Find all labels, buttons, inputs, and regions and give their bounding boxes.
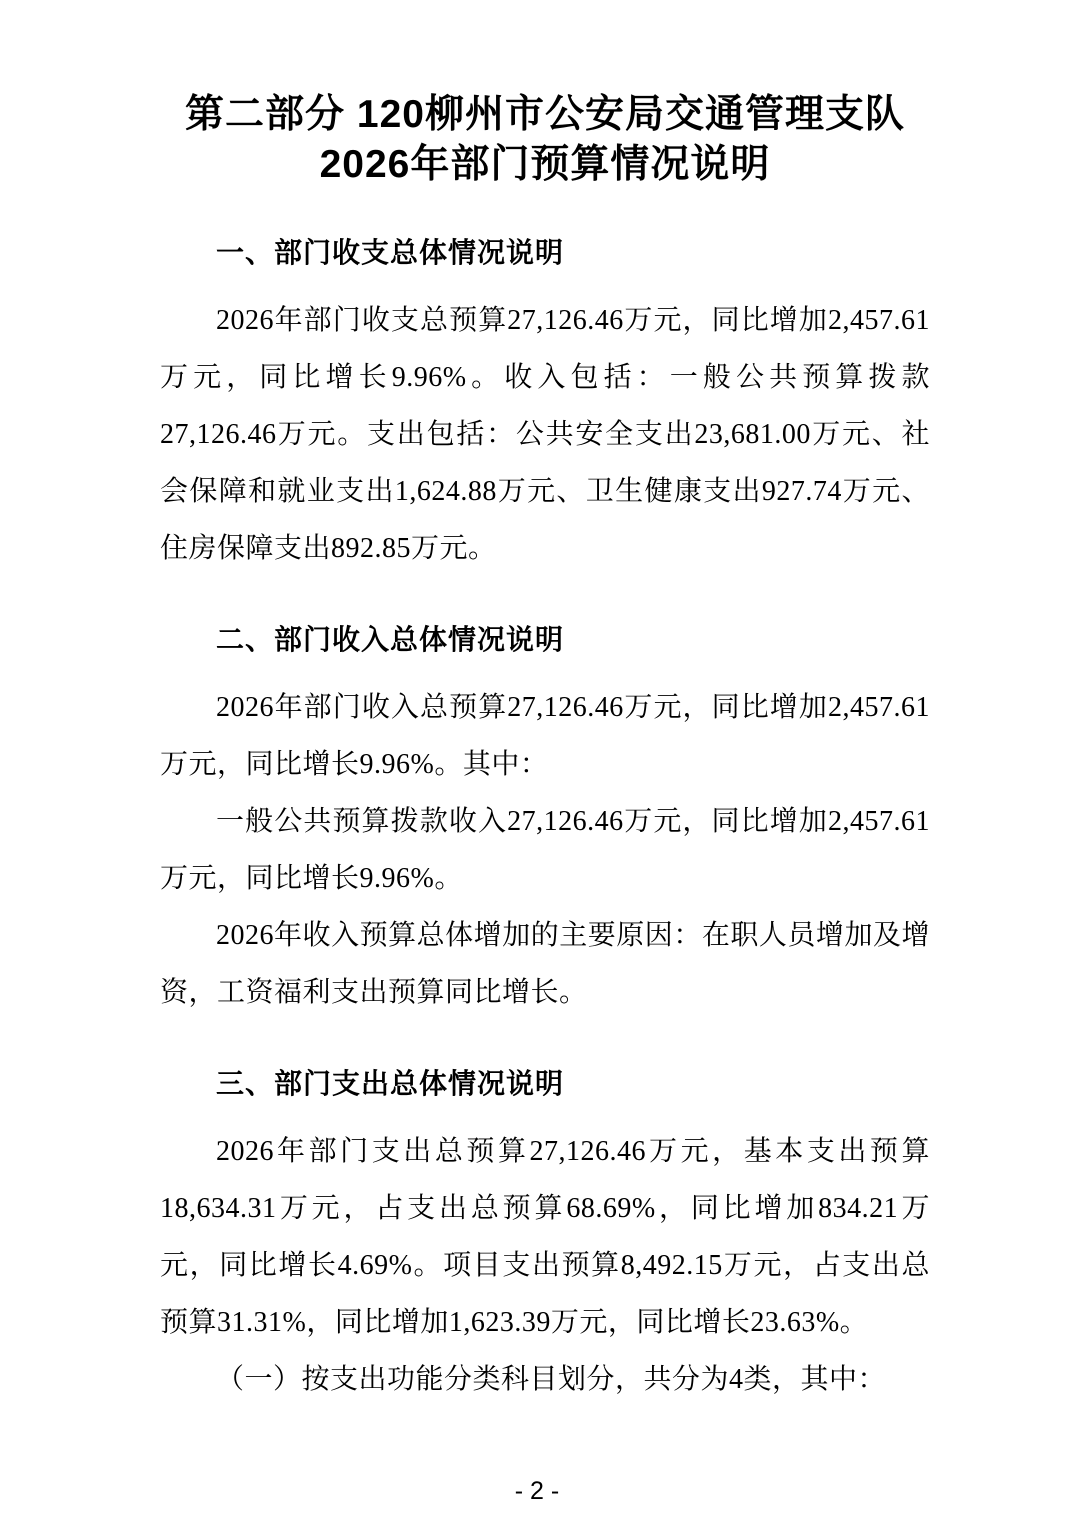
section-2-paragraph-3: 2026年收入预算总体增加的主要原因：在职人员增加及增资，工资福利支出预算同比增… — [160, 907, 930, 1021]
document-page: 第二部分 120柳州市公安局交通管理支队 2026年部门预算情况说明 一、部门收… — [0, 0, 1074, 1520]
section-heading-3: 三、部门支出总体情况说明 — [160, 1067, 930, 1101]
page-number: - 2 - — [0, 1477, 1074, 1506]
section-2-paragraph-1: 2026年部门收入总预算27,126.46万元，同比增加2,457.61万元，同… — [160, 679, 930, 793]
section-3-paragraph-2: （一）按支出功能分类科目划分，共分为4类，其中： — [160, 1351, 930, 1408]
section-2-paragraph-2: 一般公共预算拨款收入27,126.46万元，同比增加2,457.61万元，同比增… — [160, 793, 930, 907]
section-heading-1: 一、部门收支总体情况说明 — [160, 236, 930, 270]
section-overall-budget: 一、部门收支总体情况说明 2026年部门收支总预算27,126.46万元，同比增… — [160, 236, 930, 577]
section-1-paragraph-1: 2026年部门收支总预算27,126.46万元，同比增加2,457.61万元，同… — [160, 292, 930, 577]
section-heading-2: 二、部门收入总体情况说明 — [160, 623, 930, 657]
section-3-paragraph-1: 2026年部门支出总预算27,126.46万元，基本支出预算18,634.31万… — [160, 1123, 930, 1351]
section-revenue: 二、部门收入总体情况说明 2026年部门收入总预算27,126.46万元，同比增… — [160, 623, 930, 1021]
document-content: 第二部分 120柳州市公安局交通管理支队 2026年部门预算情况说明 一、部门收… — [0, 0, 1074, 1408]
document-title: 第二部分 120柳州市公安局交通管理支队 2026年部门预算情况说明 — [140, 90, 950, 190]
document-title-line2: 2026年部门预算情况说明 — [140, 140, 950, 190]
section-expenditure: 三、部门支出总体情况说明 2026年部门支出总预算27,126.46万元，基本支… — [160, 1067, 930, 1408]
document-title-line1: 第二部分 120柳州市公安局交通管理支队 — [140, 90, 950, 140]
